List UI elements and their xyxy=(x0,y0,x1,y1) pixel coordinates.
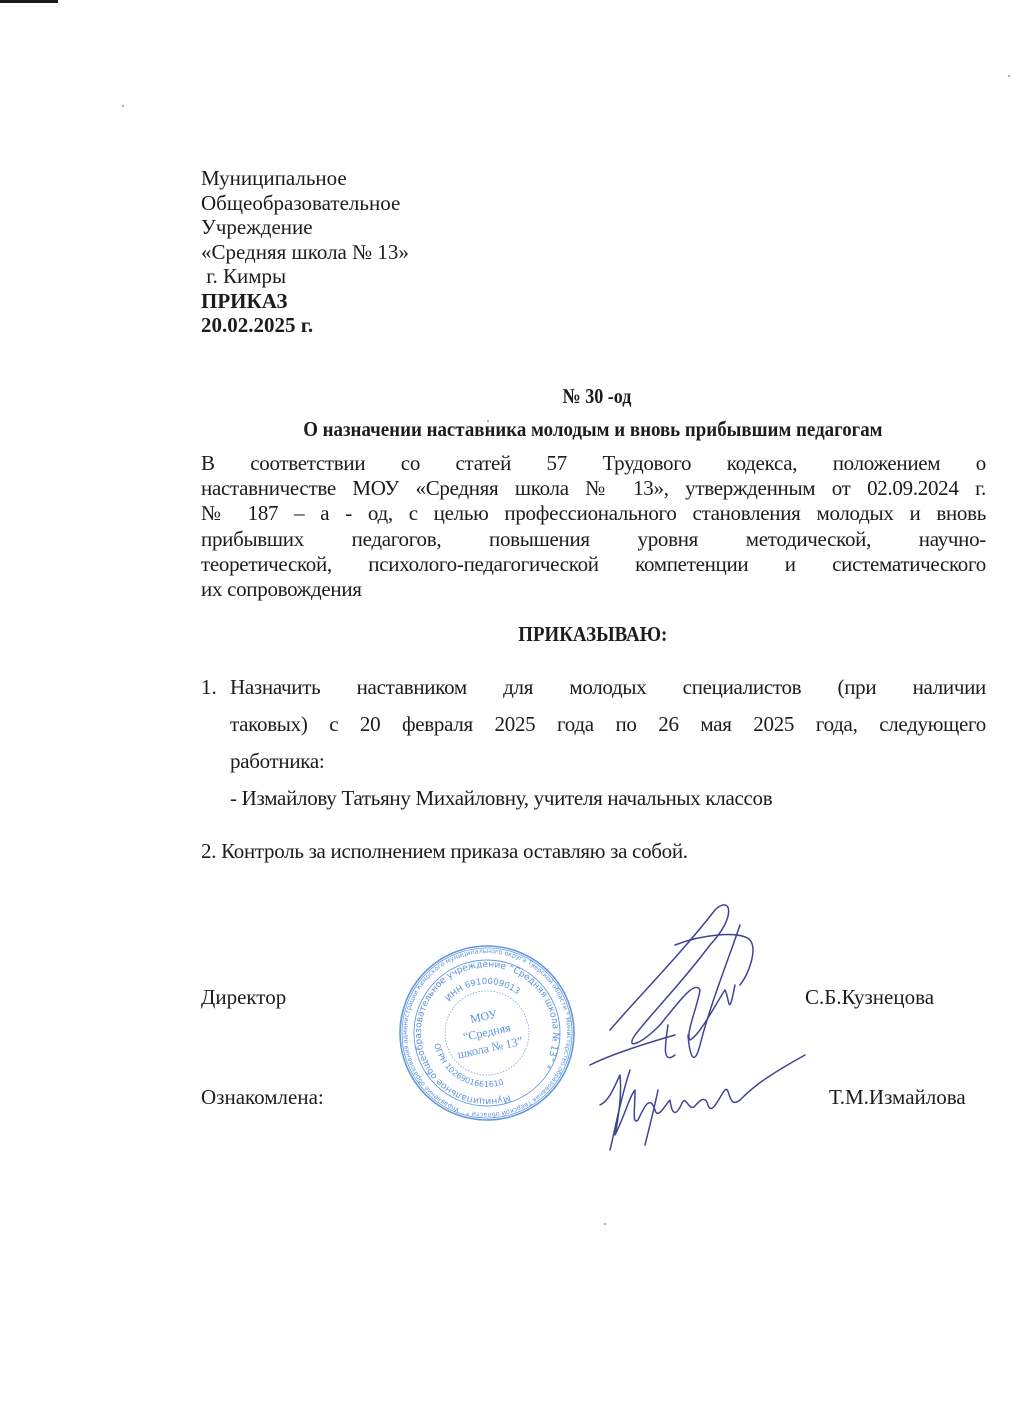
acknowledged-name: Т.М.Измайлова xyxy=(829,1084,966,1110)
preamble-line: прибывших педагогов, повышения уровня ме… xyxy=(201,527,986,552)
official-stamp-icon: Управление образования администрации Ким… xyxy=(398,944,576,1122)
institution-header: Муниципальное Общеобразовательное Учрежд… xyxy=(201,166,409,338)
order-item-2: 2. Контроль за исполнением приказа остав… xyxy=(201,838,688,864)
item-number: 1. xyxy=(201,669,217,706)
order-title: О назначении наставника молодым и вновь … xyxy=(201,416,985,442)
institution-city: г. Кимры xyxy=(201,264,409,289)
scan-speck xyxy=(1008,75,1010,77)
scan-speck xyxy=(122,105,124,107)
preamble-line: В соответствии со статей 57 Трудового ко… xyxy=(201,451,986,476)
order-title-text: О назначении наставника молодым и вновь … xyxy=(303,416,882,442)
preamble-line: № 187 – а - од, с целью профессиональног… xyxy=(201,501,986,526)
preamble-line: теоретической, психолого-педагогической … xyxy=(201,552,986,577)
scan-speck xyxy=(604,1223,606,1225)
document-date: 20.02.2025 г. xyxy=(201,313,409,338)
institution-line-2: Общеобразовательное xyxy=(201,191,409,216)
institution-line-1: Муниципальное xyxy=(201,166,409,191)
handwritten-signatures-icon xyxy=(580,895,810,1155)
preamble-line: наставничестве МОУ «Средняя школа № 13»,… xyxy=(201,476,986,501)
order-item-1: 1. Назначить наставником для молодых спе… xyxy=(201,669,986,780)
director-label: Директор xyxy=(201,984,286,1010)
acknowledged-label: Ознакомлена: xyxy=(201,1084,324,1110)
order-heading-text: ПРИКАЗЫВАЮ: xyxy=(518,621,667,647)
item-line: работника: xyxy=(230,743,986,780)
scan-speck xyxy=(487,420,489,422)
preamble: В соответствии со статей 57 Трудового ко… xyxy=(201,451,986,602)
director-name: С.Б.Кузнецова xyxy=(805,984,934,1010)
institution-line-4: «Средняя школа № 13» xyxy=(201,240,409,265)
document-type: ПРИКАЗ xyxy=(201,289,409,314)
item-line: таковых) с 20 февраля 2025 года по 26 ма… xyxy=(230,706,986,743)
document-page: Муниципальное Общеобразовательное Учрежд… xyxy=(0,0,1024,1421)
preamble-line: их сопровождения xyxy=(201,577,986,602)
order-heading: ПРИКАЗЫВАЮ: xyxy=(201,621,985,647)
institution-line-3: Учреждение xyxy=(201,215,409,240)
order-number: № 30 -од xyxy=(84,384,1024,408)
mentor-assignee: - Измайлову Татьяну Михайловну, учителя … xyxy=(230,785,772,811)
item-line: Назначить наставником для молодых специа… xyxy=(230,669,986,706)
